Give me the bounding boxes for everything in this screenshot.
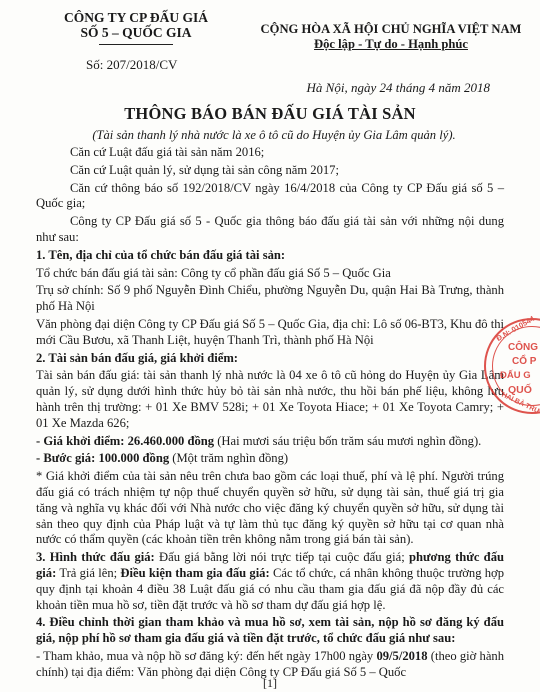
issuer-name-line2: SỐ 5 – QUỐC GIA — [56, 25, 216, 40]
start-price-words: (Hai mươi sáu triệu bốn trăm sáu mươi ng… — [214, 434, 481, 448]
section-1-rep-office: Văn phòng đại diện Công ty CP Đấu giá Số… — [36, 317, 504, 349]
section-2-asset: Tài sản bán đấu giá: tài sản thanh lý nh… — [36, 368, 504, 431]
seal-line-2: CỔ P — [512, 356, 536, 367]
page-title: THÔNG BÁO BÁN ĐẤU GIÁ TÀI SẢN — [0, 104, 540, 124]
step-label: - Bước giá: 100.000 đồng — [36, 451, 169, 465]
place-date: Hà Nội, ngày 24 tháng 4 năm 2018 — [307, 80, 490, 96]
issuer-underline — [99, 44, 173, 45]
document-body: Căn cứ Luật đấu giá tài sản năm 2016; Că… — [36, 145, 504, 683]
section-4-heading: 4. Điều chỉnh thời gian tham khảo và mua… — [36, 615, 504, 647]
page-number: [1] — [0, 676, 540, 691]
section-3-condition-label: Điều kiện tham gia đấu giá: — [120, 566, 269, 580]
preamble-4: Công ty CP Đấu giá số 5 - Quốc gia thông… — [36, 214, 504, 246]
national-motto: Độc lập - Tự do - Hạnh phúc — [246, 37, 536, 51]
seal-line-3: ĐẤU G — [500, 370, 531, 381]
preamble-3: Căn cứ thông báo số 192/2018/CV ngày 16/… — [36, 181, 504, 213]
national-header: CỘNG HÒA XÃ HỘI CHỦ NGHĨA VIỆT NAM Độc l… — [246, 22, 536, 51]
section-4-deadline: 09/5/2018 — [376, 649, 427, 663]
seal-line-1: CÔNG — [508, 342, 538, 353]
section-3: 3. Hình thức đấu giá: Đấu giá bằng lời n… — [36, 550, 504, 613]
issuer-name-line1: CÔNG TY CP ĐẤU GIÁ — [56, 10, 216, 25]
subtitle: (Tài sản thanh lý nhà nước là xe ô tô cũ… — [0, 128, 540, 143]
document-number: Số: 207/2018/CV — [86, 57, 177, 73]
issuer-block: CÔNG TY CP ĐẤU GIÁ SỐ 5 – QUỐC GIA — [56, 10, 216, 45]
section-2-heading: 2. Tài sản bán đấu giá, giá khởi điểm: — [36, 351, 504, 367]
section-3-method: Trả giá lên; — [56, 566, 120, 580]
section-2-note: * Giá khởi điểm của tài sản nêu trên chư… — [36, 469, 504, 548]
section-3-heading: 3. Hình thức đấu giá: — [36, 550, 155, 564]
start-price-label: - Giá khởi điểm: 26.460.000 đồng — [36, 434, 214, 448]
nation-name: CỘNG HÒA XÃ HỘI CHỦ NGHĨA VIỆT NAM — [246, 22, 536, 37]
section-1-heading: 1. Tên, địa chỉ của tổ chức bán đấu giá … — [36, 248, 504, 264]
preamble-1: Căn cứ Luật đấu giá tài sản năm 2016; — [36, 145, 504, 161]
section-2-start-price: - Giá khởi điểm: 26.460.000 đồng (Hai mư… — [36, 434, 504, 450]
section-4-text-a: - Tham khảo, mua và nộp hồ sơ đăng ký: đ… — [36, 649, 376, 663]
section-1-organizer: Tổ chức bán đấu giá tài sản: Công ty cổ … — [36, 266, 504, 282]
preamble-2: Căn cứ Luật quản lý, sử dụng tài sản côn… — [36, 163, 504, 179]
section-1-head-office: Trụ sở chính: Số 9 phố Nguyễn Đình Chiểu… — [36, 283, 504, 315]
section-3-form: Đấu giá bằng lời nói trực tiếp tại cuộc … — [155, 550, 409, 564]
section-2-step: - Bước giá: 100.000 đồng (Một trăm nghìn… — [36, 451, 504, 467]
seal-line-4: QUỐ — [508, 384, 532, 396]
step-words: (Một trăm nghìn đồng) — [169, 451, 288, 465]
